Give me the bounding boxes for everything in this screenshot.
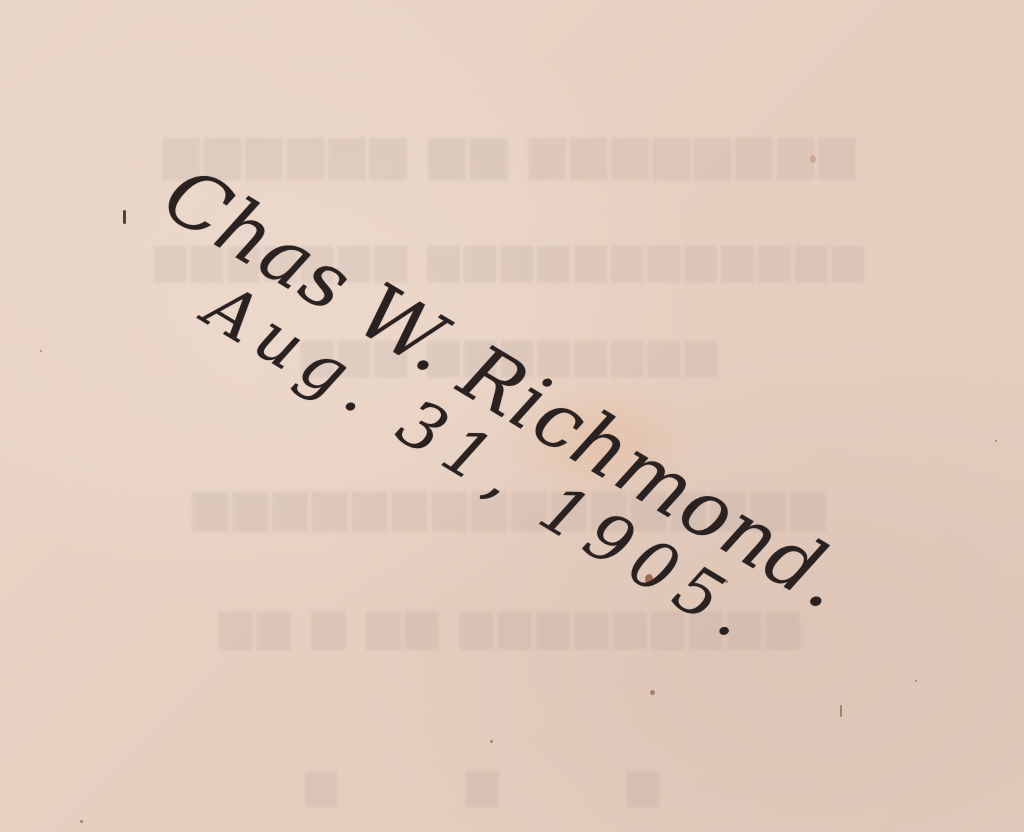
paper-page: ▆▆▆▆▆▆ ▆▆ ▆▆▆▆▆▆▆▆ ▆▆▆▆▆▆▆ ▆▆▆▆▆▆▆▆▆▆▆▆ … — [0, 0, 1024, 832]
handwritten-inscription: Chas W. Richmond. Aug. 31, 1905. — [0, 0, 1024, 832]
signature-name: Chas W. Richmond. — [149, 150, 862, 628]
